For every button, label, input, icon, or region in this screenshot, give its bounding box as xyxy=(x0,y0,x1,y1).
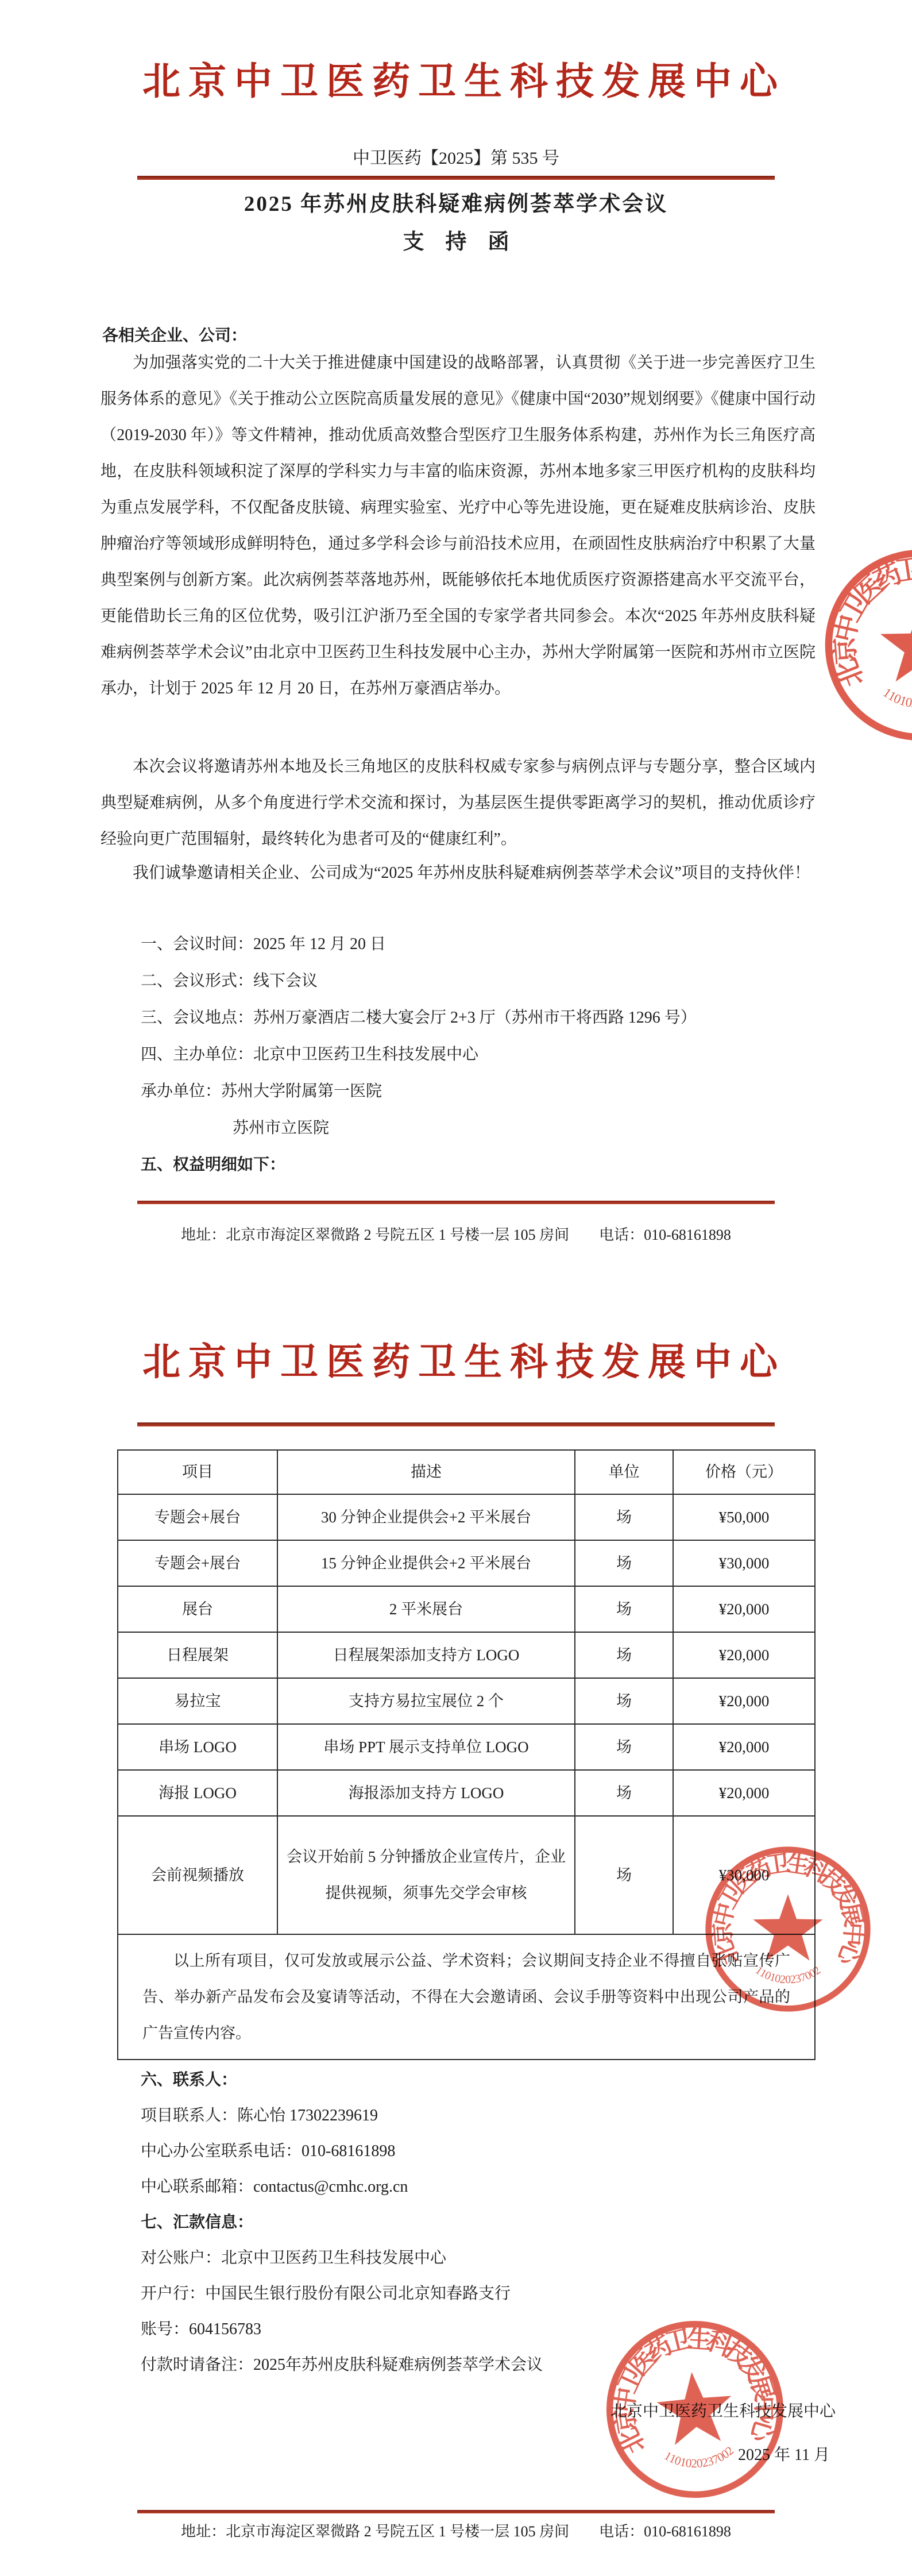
table-cell: 串场 PPT 展示支持单位 LOGO xyxy=(277,1724,575,1770)
signature-date: 2025 年 11 月 xyxy=(738,2444,830,2467)
seal-ring-char: 中 xyxy=(839,1921,867,1946)
conference-title: 2025 年苏州皮肤科疑难病例荟萃学术会议 xyxy=(0,191,912,218)
table-cell: 展台 xyxy=(118,1586,277,1632)
seal-ring-char: 卫 xyxy=(836,588,875,627)
table-cell: ¥20,000 xyxy=(673,1770,815,1816)
table-note-row: 以上所有项目，仅可发放或展示公益、学术资料；会议期间支持企业不得擅自张贴宣传广告… xyxy=(118,1934,815,2060)
table-cell: 日程展架 xyxy=(118,1632,277,1678)
meeting-list-item: 三、会议地点：苏州万豪酒店二楼大宴会厅 2+3 厅（苏州市干将西路 1296 号… xyxy=(101,1000,847,1036)
payment-line: 开户行：中国民生银行股份有限公司北京知春路支行 xyxy=(101,2276,847,2312)
seal-serial-digit: 3 xyxy=(705,2454,715,2469)
page-footer-address-page2: 地址：北京市海淀区翠微路 2 号院五区 1 号楼一层 105 房间 电话：010… xyxy=(0,2520,912,2543)
seal-ring-char: 北 xyxy=(832,654,870,691)
seal-serial-digit: 0 xyxy=(696,2456,704,2470)
seal-serial-digit: 1 xyxy=(880,685,894,701)
letter-type-title: 支 持 函 xyxy=(0,229,912,256)
table-row: 串场 LOGO串场 PPT 展示支持单位 LOGO场¥20,000 xyxy=(118,1724,815,1770)
seal-ring-char: 展 xyxy=(836,1900,867,1929)
letterhead-divider-rule-page2 xyxy=(137,1422,775,1426)
seal-serial-digit: 0 xyxy=(714,2450,726,2465)
table-cell: 场 xyxy=(575,1494,673,1540)
table-cell: 场 xyxy=(575,1540,673,1586)
body-paragraph-2: 本次会议将邀请苏州本地及长三角地区的皮肤科权威专家参与病例点评与专题分享，整合区… xyxy=(101,749,816,857)
table-cell: ¥30,000 xyxy=(673,1816,815,1934)
table-cell: 专题会+展台 xyxy=(118,1494,277,1540)
seal-serial-digit: 0 xyxy=(904,695,912,710)
seal-ring-char: 心 xyxy=(832,1937,865,1970)
seal-ring xyxy=(829,553,912,737)
table-cell: 场 xyxy=(575,1586,673,1632)
seal-ring-char: 技 xyxy=(815,1864,850,1899)
contacts-heading: 六、联系人： xyxy=(101,2062,847,2098)
page-footer-rule-page2 xyxy=(137,2510,775,2513)
scanned-letter-document: 北京中卫医药卫生科技发展中心 中卫医药【2025】第 535 号 2025 年苏… xyxy=(0,0,912,2576)
table-cell: ¥30,000 xyxy=(673,1540,815,1586)
table-cell: 场 xyxy=(575,1816,673,1934)
contact-line: 项目联系人：陈心怡 17302239619 xyxy=(101,2098,847,2134)
seal-serial-digit: 1 xyxy=(898,693,908,708)
official-seal-page1: 北京中卫医药卫生科技发展中心1101020237002 xyxy=(820,544,912,746)
table-header-cell: 单位 xyxy=(575,1450,673,1494)
table-cell: ¥20,000 xyxy=(673,1678,815,1724)
seal-ring-char: 中 xyxy=(829,612,865,645)
table-row: 日程展架日程展架添加支持方 LOGO场¥20,000 xyxy=(118,1632,815,1678)
meeting-list-item: 五、权益明细如下： xyxy=(101,1147,847,1183)
contact-line: 中心联系邮箱：contactus@cmhc.org.cn xyxy=(101,2169,847,2205)
table-cell: 2 平米展台 xyxy=(277,1586,575,1632)
seal-serial-digit: 1 xyxy=(662,2448,674,2463)
table-cell: 串场 LOGO xyxy=(118,1724,277,1770)
table-note: 以上所有项目，仅可发放或展示公益、学术资料；会议期间支持企业不得擅自张贴宣传广告… xyxy=(118,1934,815,2060)
table-cell: 场 xyxy=(575,1724,673,1770)
official-seal-svg: 北京中卫医药卫生科技发展中心1101020237002 xyxy=(820,544,912,746)
table-row: 海报 LOGO海报添加支持方 LOGO场¥20,000 xyxy=(118,1770,815,1816)
page-footer-rule-page1 xyxy=(137,1201,775,1204)
table-cell: 30 分钟企业提供会+2 平米展台 xyxy=(277,1494,575,1540)
table-header-cell: 描述 xyxy=(277,1450,575,1494)
table-cell: 专题会+展台 xyxy=(118,1540,277,1586)
seal-serial-digit: 0 xyxy=(685,2456,692,2470)
table-row: 易拉宝支持方易拉宝展位 2 个场¥20,000 xyxy=(118,1678,815,1724)
letterhead-org-title-page2: 北京中卫医药卫生科技发展中心 xyxy=(0,1340,912,1386)
table-cell: ¥20,000 xyxy=(673,1632,815,1678)
seal-serial-digit: 1 xyxy=(679,2455,688,2470)
seal-serial-digit: 1 xyxy=(667,2451,679,2466)
meeting-list-item: 承办单位：苏州大学附属第一医院 xyxy=(101,1073,847,1110)
payment-line: 账号：604156783 xyxy=(101,2312,847,2347)
signature-org: 北京中卫医药卫生科技发展中心 xyxy=(610,2400,836,2423)
price-table: 项目描述单位价格（元） 专题会+展台30 分钟企业提供会+2 平米展台场¥50,… xyxy=(117,1449,816,2060)
table-header-row: 项目描述单位价格（元） xyxy=(118,1450,815,1494)
table-cell: 场 xyxy=(575,1632,673,1678)
meeting-list-item: 一、会议时间：2025 年 12 月 20 日 xyxy=(101,926,847,963)
seal-serial-digit: 0 xyxy=(673,2453,683,2468)
seal-serial-digit: 1 xyxy=(886,688,898,704)
letterhead-org-title-page1: 北京中卫医药卫生科技发展中心 xyxy=(0,59,912,105)
seal-ring-char: 京 xyxy=(829,636,861,665)
table-row: 专题会+展台15 分钟企业提供会+2 平米展台场¥30,000 xyxy=(118,1540,815,1586)
seal-serial-digit: 0 xyxy=(719,2447,732,2462)
meeting-list-item: 四、主办单位：北京中卫医药卫生科技发展中心 xyxy=(101,1036,847,1073)
table-row: 会前视频播放会议开始前 5 分钟播放企业宣传片，企业提供视频，须事先交学会审核场… xyxy=(118,1816,815,1934)
payment-line: 对公账户：北京中卫医药卫生科技发展中心 xyxy=(101,2240,847,2276)
table-row: 展台2 平米展台场¥20,000 xyxy=(118,1586,815,1632)
seal-ring-char: 北 xyxy=(614,2423,650,2458)
payment-heading: 七、汇款信息： xyxy=(101,2205,847,2240)
table-header-cell: 项目 xyxy=(118,1450,277,1494)
seal-serial-digit: 0 xyxy=(892,691,903,707)
meeting-list-item: 苏州市立医院 xyxy=(101,1110,847,1147)
seal-serial-digit: 2 xyxy=(701,2455,709,2470)
seal-serial-digit: 7 xyxy=(710,2452,721,2467)
table-row: 专题会+展台30 分钟企业提供会+2 平米展台场¥50,000 xyxy=(118,1494,815,1540)
table-cell: 海报添加支持方 LOGO xyxy=(277,1770,575,1816)
table-cell: 会前视频播放 xyxy=(118,1816,277,1934)
table-cell: 海报 LOGO xyxy=(118,1770,277,1816)
contacts-and-payment-section: 六、联系人：项目联系人：陈心怡 17302239619中心办公室联系电话：010… xyxy=(101,2062,847,2383)
seal-ring-char: 发 xyxy=(828,1880,862,1914)
letterhead-divider-rule-page1 xyxy=(137,176,775,180)
table-cell: ¥20,000 xyxy=(673,1586,815,1632)
table-cell: 支持方易拉宝展位 2 个 xyxy=(277,1678,575,1724)
table-cell: ¥50,000 xyxy=(673,1494,815,1540)
table-cell: 场 xyxy=(575,1770,673,1816)
table-cell: 会议开始前 5 分钟播放企业宣传片，企业提供视频，须事先交学会审核 xyxy=(277,1816,575,1934)
table-cell: 15 分钟企业提供会+2 平米展台 xyxy=(277,1540,575,1586)
table-cell: ¥20,000 xyxy=(673,1724,815,1770)
table-cell: 场 xyxy=(575,1678,673,1724)
table-cell: 易拉宝 xyxy=(118,1678,277,1724)
meeting-info-list: 一、会议时间：2025 年 12 月 20 日二、会议形式：线下会议三、会议地点… xyxy=(101,926,847,1183)
body-paragraph-1: 为加强落实党的二十大关于推进健康中国建设的战略部署，认真贯彻《关于进一步完善医疗… xyxy=(101,345,816,707)
seal-ring-char: 药 xyxy=(869,557,907,596)
seal-ring-char: 医 xyxy=(849,570,890,610)
seal-ring-char: 卫 xyxy=(894,554,912,588)
seal-star-icon xyxy=(880,605,912,682)
body-paragraph-3: 我们诚挚邀请相关企业、公司成为“2025 年苏州皮肤科疑难病例荟萃学术会议”项目… xyxy=(101,855,816,891)
contact-line: 中心办公室联系电话：010-68161898 xyxy=(101,2134,847,2169)
table-header-cell: 价格（元） xyxy=(673,1450,815,1494)
document-number: 中卫医药【2025】第 535 号 xyxy=(0,147,912,170)
seal-serial-digit: 2 xyxy=(691,2457,697,2470)
seal-serial-digit: 2 xyxy=(723,2443,737,2458)
payment-line: 付款时请备注：2025年苏州皮肤科疑难病例荟萃学术会议 xyxy=(101,2347,847,2383)
meeting-list-item: 二、会议形式：线下会议 xyxy=(101,963,847,1000)
table-cell: 日程展架添加支持方 LOGO xyxy=(277,1632,575,1678)
page-footer-address-page1: 地址：北京市海淀区翠微路 2 号院五区 1 号楼一层 105 房间 电话：010… xyxy=(0,1224,912,1247)
